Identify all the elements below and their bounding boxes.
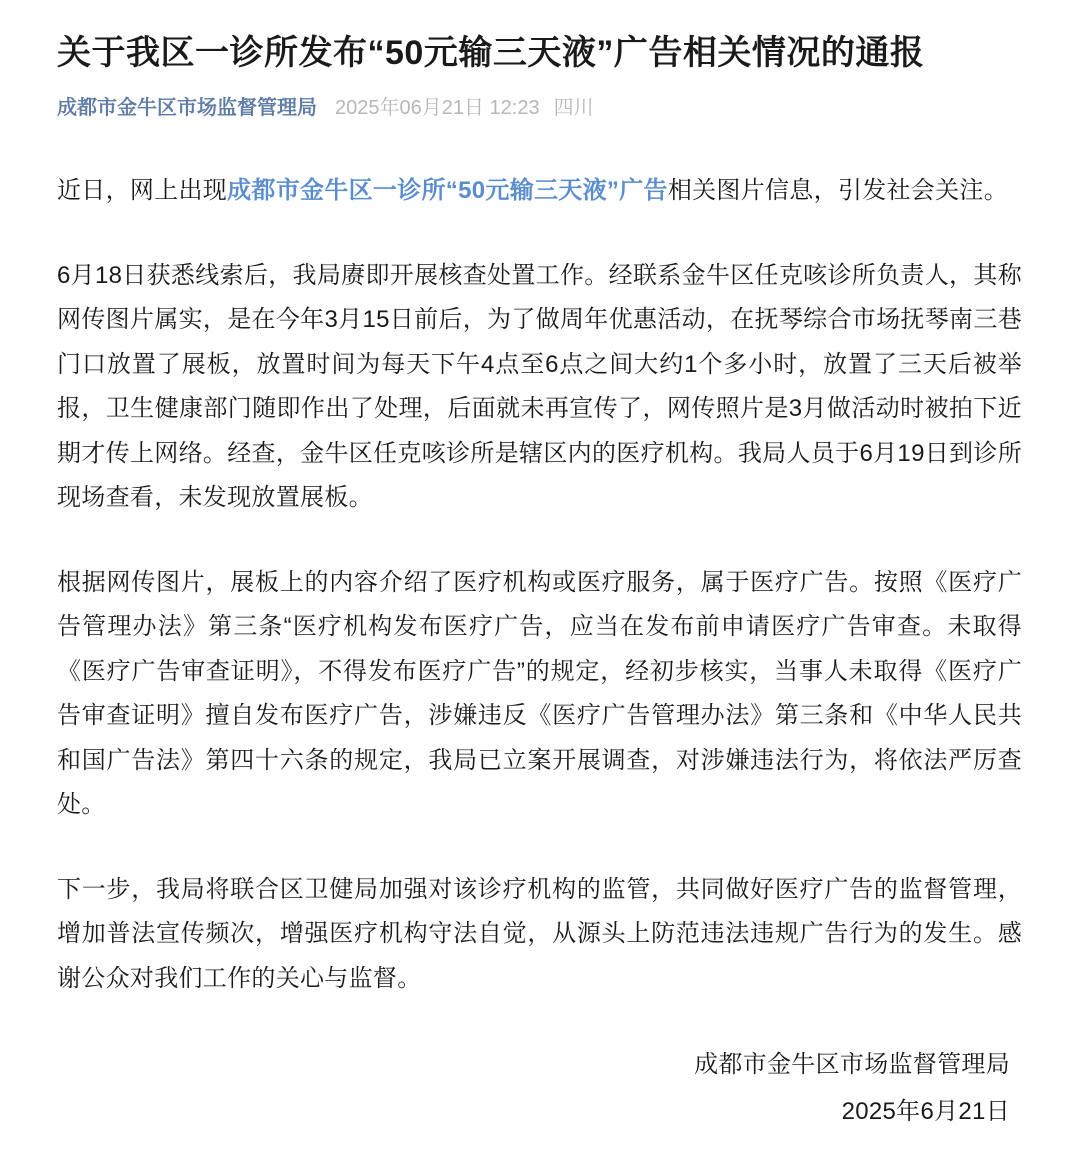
article-page: 关于我区一诊所发布“50元输三天液”广告相关情况的通报 成都市金牛区市场监督管理… xyxy=(0,0,1080,1164)
paragraph-1-prefix: 近日，网上出现 xyxy=(57,177,227,204)
paragraph-2: 6月18日获悉线索后，我局赓即开展核查处置工作。经联系金牛区任克咳诊所负责人，其… xyxy=(57,254,1022,521)
publish-datetime: 2025年06月21日 12:23 xyxy=(335,95,540,121)
signature-date: 2025年6月21日 xyxy=(57,1088,1010,1135)
paragraph-1-suffix: 相关图片信息，引发社会关注。 xyxy=(668,177,1008,204)
publish-location: 四川 xyxy=(554,95,594,121)
paragraph-3: 根据网传图片，展板上的内容介绍了医疗机构或医疗服务，属于医疗广告。按照《医疗广告… xyxy=(57,561,1022,828)
byline: 成都市金牛区市场监督管理局 2025年06月21日 12:23 四川 xyxy=(57,95,1022,121)
account-name-link[interactable]: 成都市金牛区市场监督管理局 xyxy=(57,95,317,121)
signature-org: 成都市金牛区市场监督管理局 xyxy=(57,1041,1010,1088)
signature-block: 成都市金牛区市场监督管理局 2025年6月21日 xyxy=(57,1041,1022,1135)
paragraph-1: 近日，网上出现成都市金牛区一诊所“50元输三天液”广告相关图片信息，引发社会关注… xyxy=(57,169,1022,214)
paragraph-4: 下一步，我局将联合区卫健局加强对该诊疗机构的监管，共同做好医疗广告的监督管理，增… xyxy=(57,868,1022,1002)
paragraph-1-highlight: 成都市金牛区一诊所“50元输三天液”广告 xyxy=(227,177,668,204)
article-body: 近日，网上出现成都市金牛区一诊所“50元输三天液”广告相关图片信息，引发社会关注… xyxy=(57,169,1022,1001)
article-title: 关于我区一诊所发布“50元输三天液”广告相关情况的通报 xyxy=(57,33,1022,73)
